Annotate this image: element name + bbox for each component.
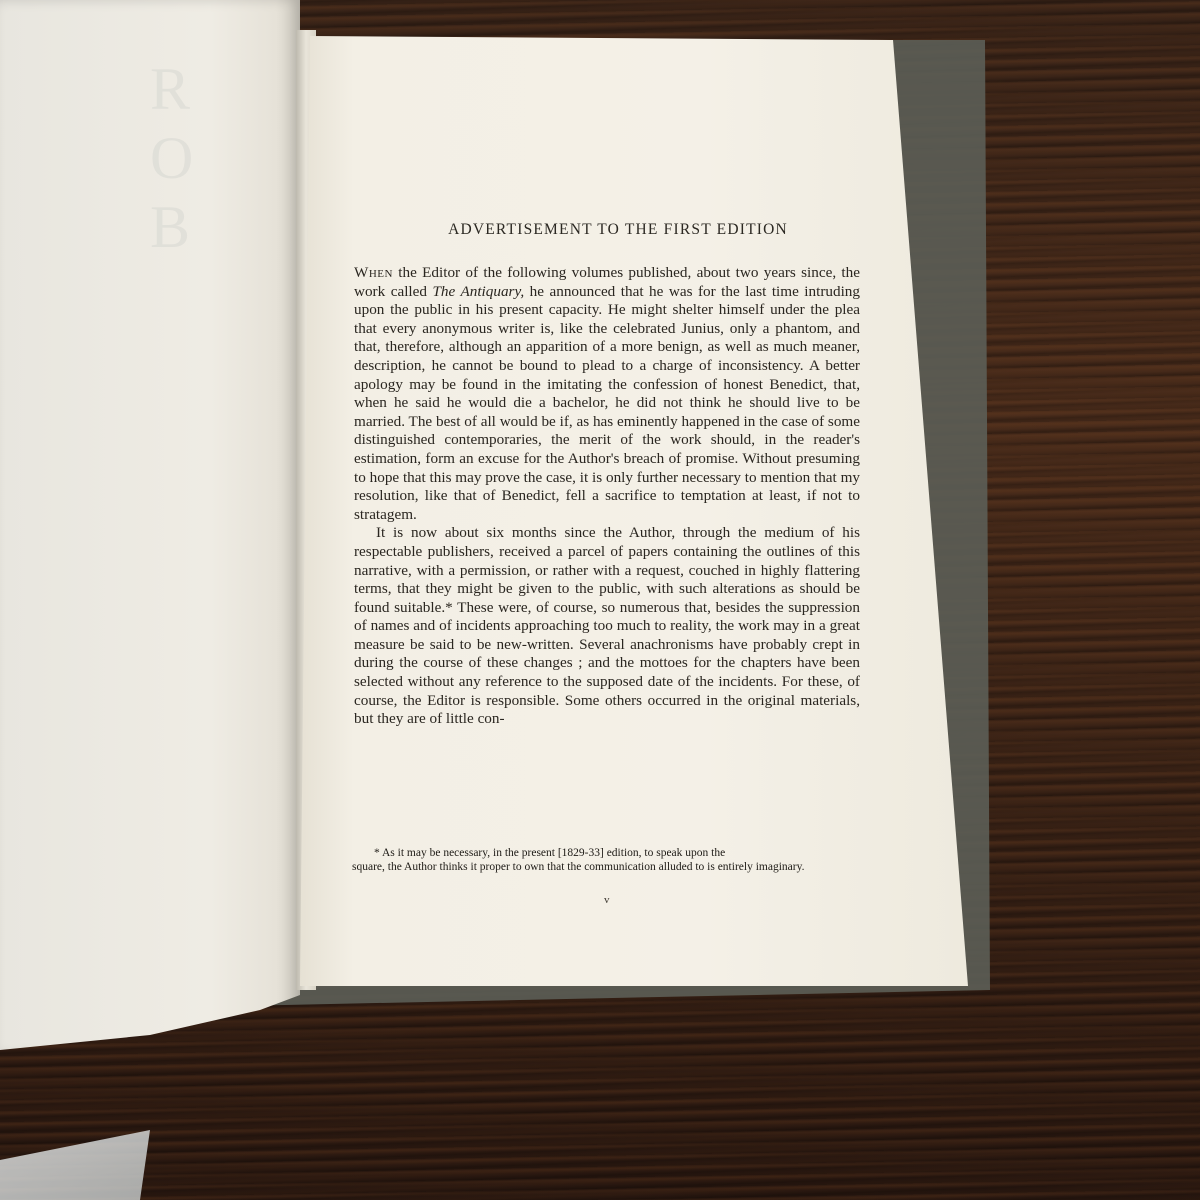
left-page: R O B xyxy=(0,0,300,1055)
paragraph-1: When the Editor of the following volumes… xyxy=(354,264,860,524)
body-text: When the Editor of the following volumes… xyxy=(354,264,860,729)
paragraph-2: It is now about six months since the Aut… xyxy=(354,524,860,729)
paragraph-1-after-italic: he announced that he was for the last ti… xyxy=(354,283,860,523)
page-number: v xyxy=(604,894,610,906)
footnote-line-1: * As it may be necessary, in the present… xyxy=(352,847,867,861)
right-page: ADVERTISEMENT TO THE FIRST EDITION When … xyxy=(300,36,970,986)
footnote: * As it may be necessary, in the present… xyxy=(352,847,867,874)
footnote-rest: square, the Author thinks it proper to o… xyxy=(352,861,804,873)
book-title-italic: The Antiquary, xyxy=(432,283,524,300)
page-title: ADVERTISEMENT TO THE FIRST EDITION xyxy=(388,221,848,239)
dropcap-word: When xyxy=(354,264,393,281)
bleed-through-text: R O B xyxy=(150,55,300,262)
